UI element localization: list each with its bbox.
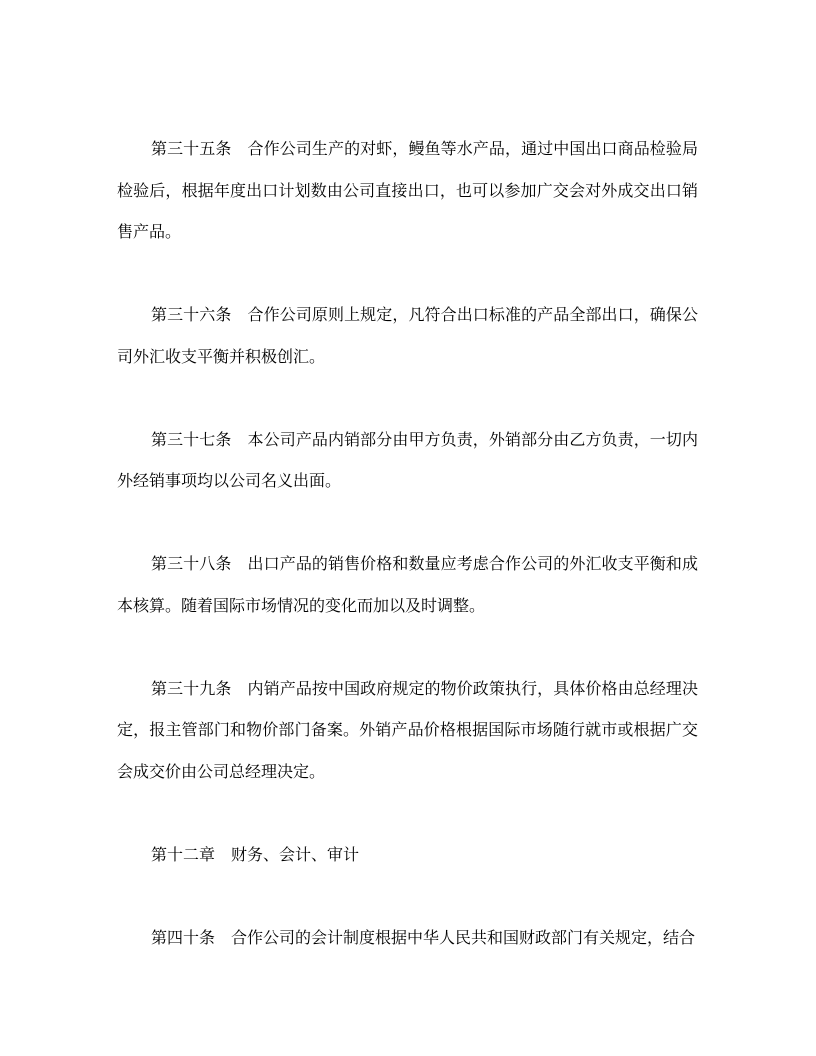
article-paragraph: 第三十九条 内销产品按中国政府规定的物价政策执行，具体价格由总经理决定，报主管部… bbox=[117, 668, 698, 793]
article-paragraph: 第三十六条 合作公司原则上规定，凡符合出口标准的产品全部出口，确保公司外汇收支平… bbox=[117, 294, 698, 377]
article-paragraph: 第四十条 合作公司的会计制度根据中华人民共和国财政部门有关规定，结合 bbox=[117, 917, 698, 959]
article-paragraph: 第三十七条 本公司产品内销部分由甲方负责，外销部分由乙方负责，一切内外经销事项均… bbox=[117, 419, 698, 502]
document-page: 第三十五条 合作公司生产的对虾，鳗鱼等水产品，通过中国出口商品检验局检验后，根据… bbox=[0, 0, 816, 1056]
article-paragraph: 第三十八条 出口产品的销售价格和数量应考虑合作公司的外汇收支平衡和成本核算。随着… bbox=[117, 543, 698, 626]
document-body: 第三十五条 合作公司生产的对虾，鳗鱼等水产品，通过中国出口商品检验局检验后，根据… bbox=[117, 128, 698, 1000]
chapter-heading: 第十二章 财务、会计、审计 bbox=[117, 834, 698, 876]
article-paragraph: 第三十五条 合作公司生产的对虾，鳗鱼等水产品，通过中国出口商品检验局检验后，根据… bbox=[117, 128, 698, 253]
